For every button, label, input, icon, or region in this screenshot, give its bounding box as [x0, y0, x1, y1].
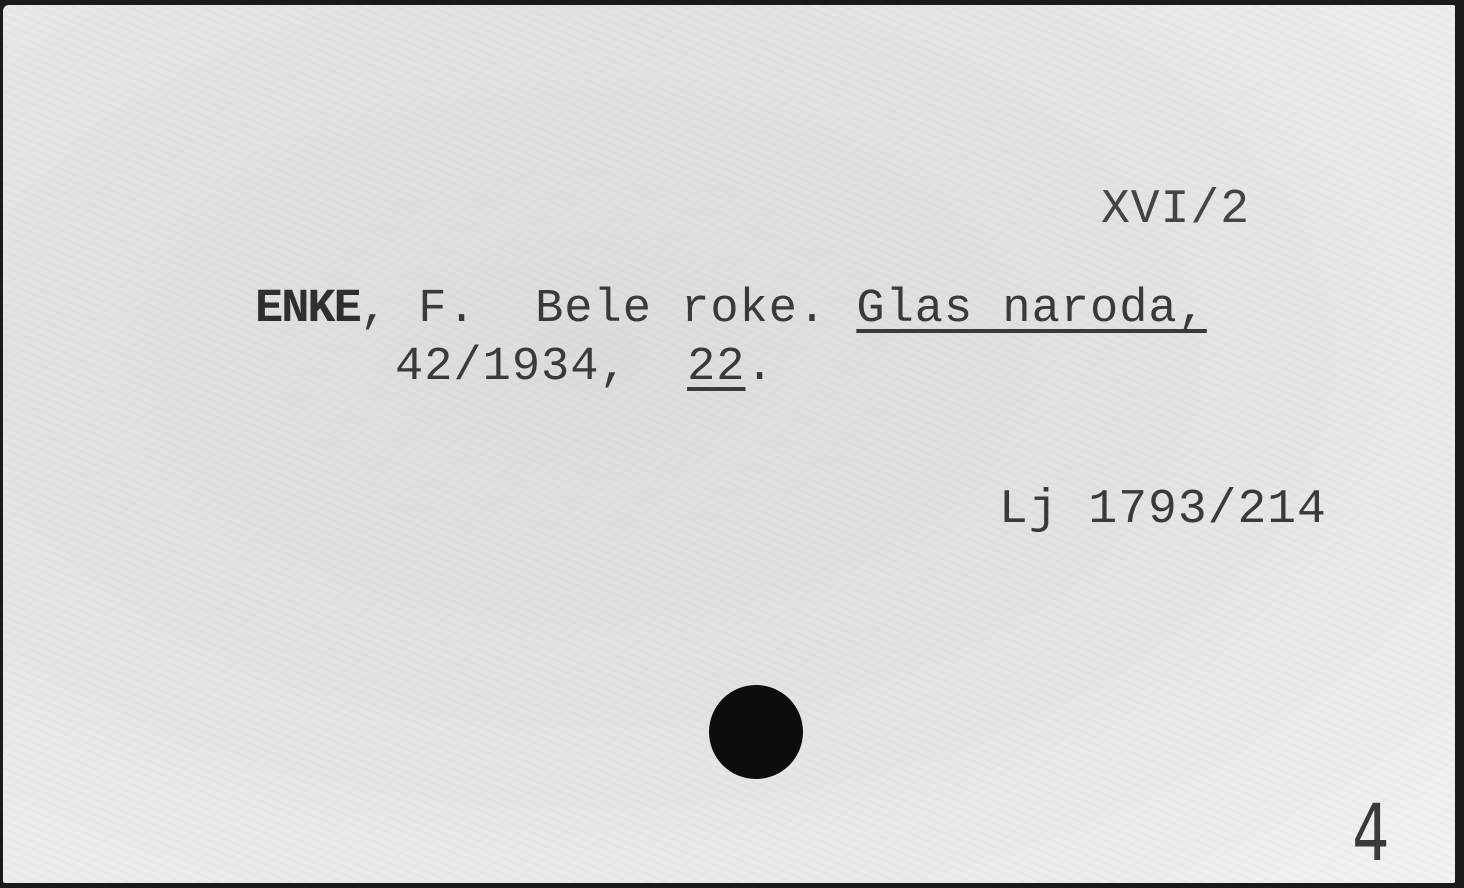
shelfmark: Lj 1793/214: [999, 483, 1327, 537]
entry-line-1: ENKE, F. Bele roke. Glas naroda,: [255, 283, 1207, 336]
author-surname: ENKE: [255, 283, 360, 336]
spacer: [477, 283, 535, 336]
classification-mark: XVI/2: [1101, 183, 1250, 237]
punch-hole: [709, 685, 803, 779]
article-title: Bele roke.: [535, 283, 827, 336]
handwritten-card-number: 4: [1352, 789, 1389, 879]
source-title: Glas naroda,: [856, 283, 1206, 336]
page-suffix: .: [745, 341, 774, 394]
catalog-card: XVI/2 ENKE, F. Bele roke. Glas naroda, 4…: [3, 5, 1455, 883]
author-initial: F.: [418, 283, 476, 336]
separator: ,: [360, 283, 418, 336]
spacer: [629, 341, 687, 394]
issue-year: 42/1934,: [395, 341, 629, 394]
entry-line-2: 42/1934, 22.: [395, 341, 775, 394]
spacer: [827, 283, 856, 336]
page-number: 22: [687, 341, 745, 394]
